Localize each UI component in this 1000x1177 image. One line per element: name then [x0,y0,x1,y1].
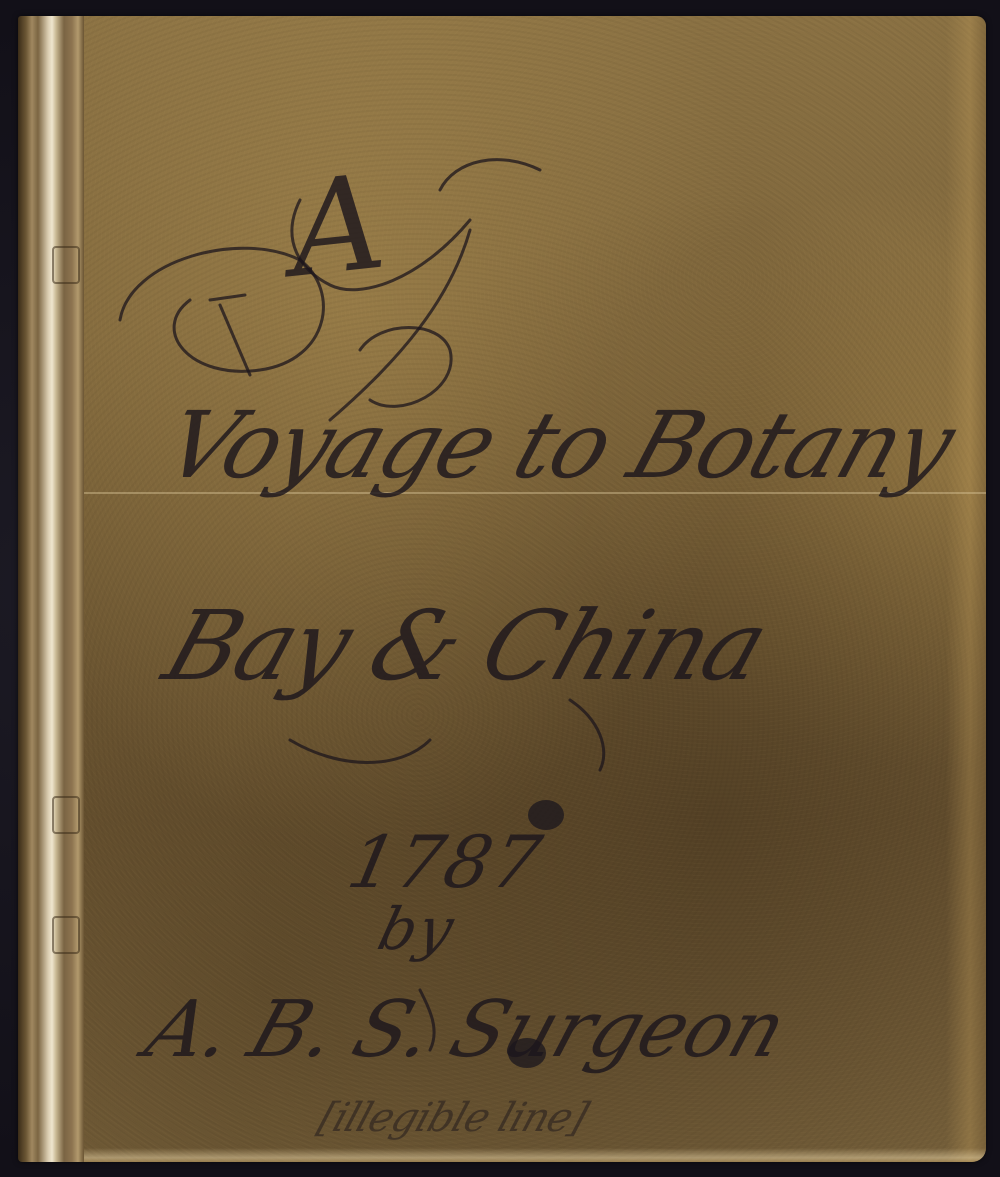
calligraphic-flourishes [0,0,1000,1177]
